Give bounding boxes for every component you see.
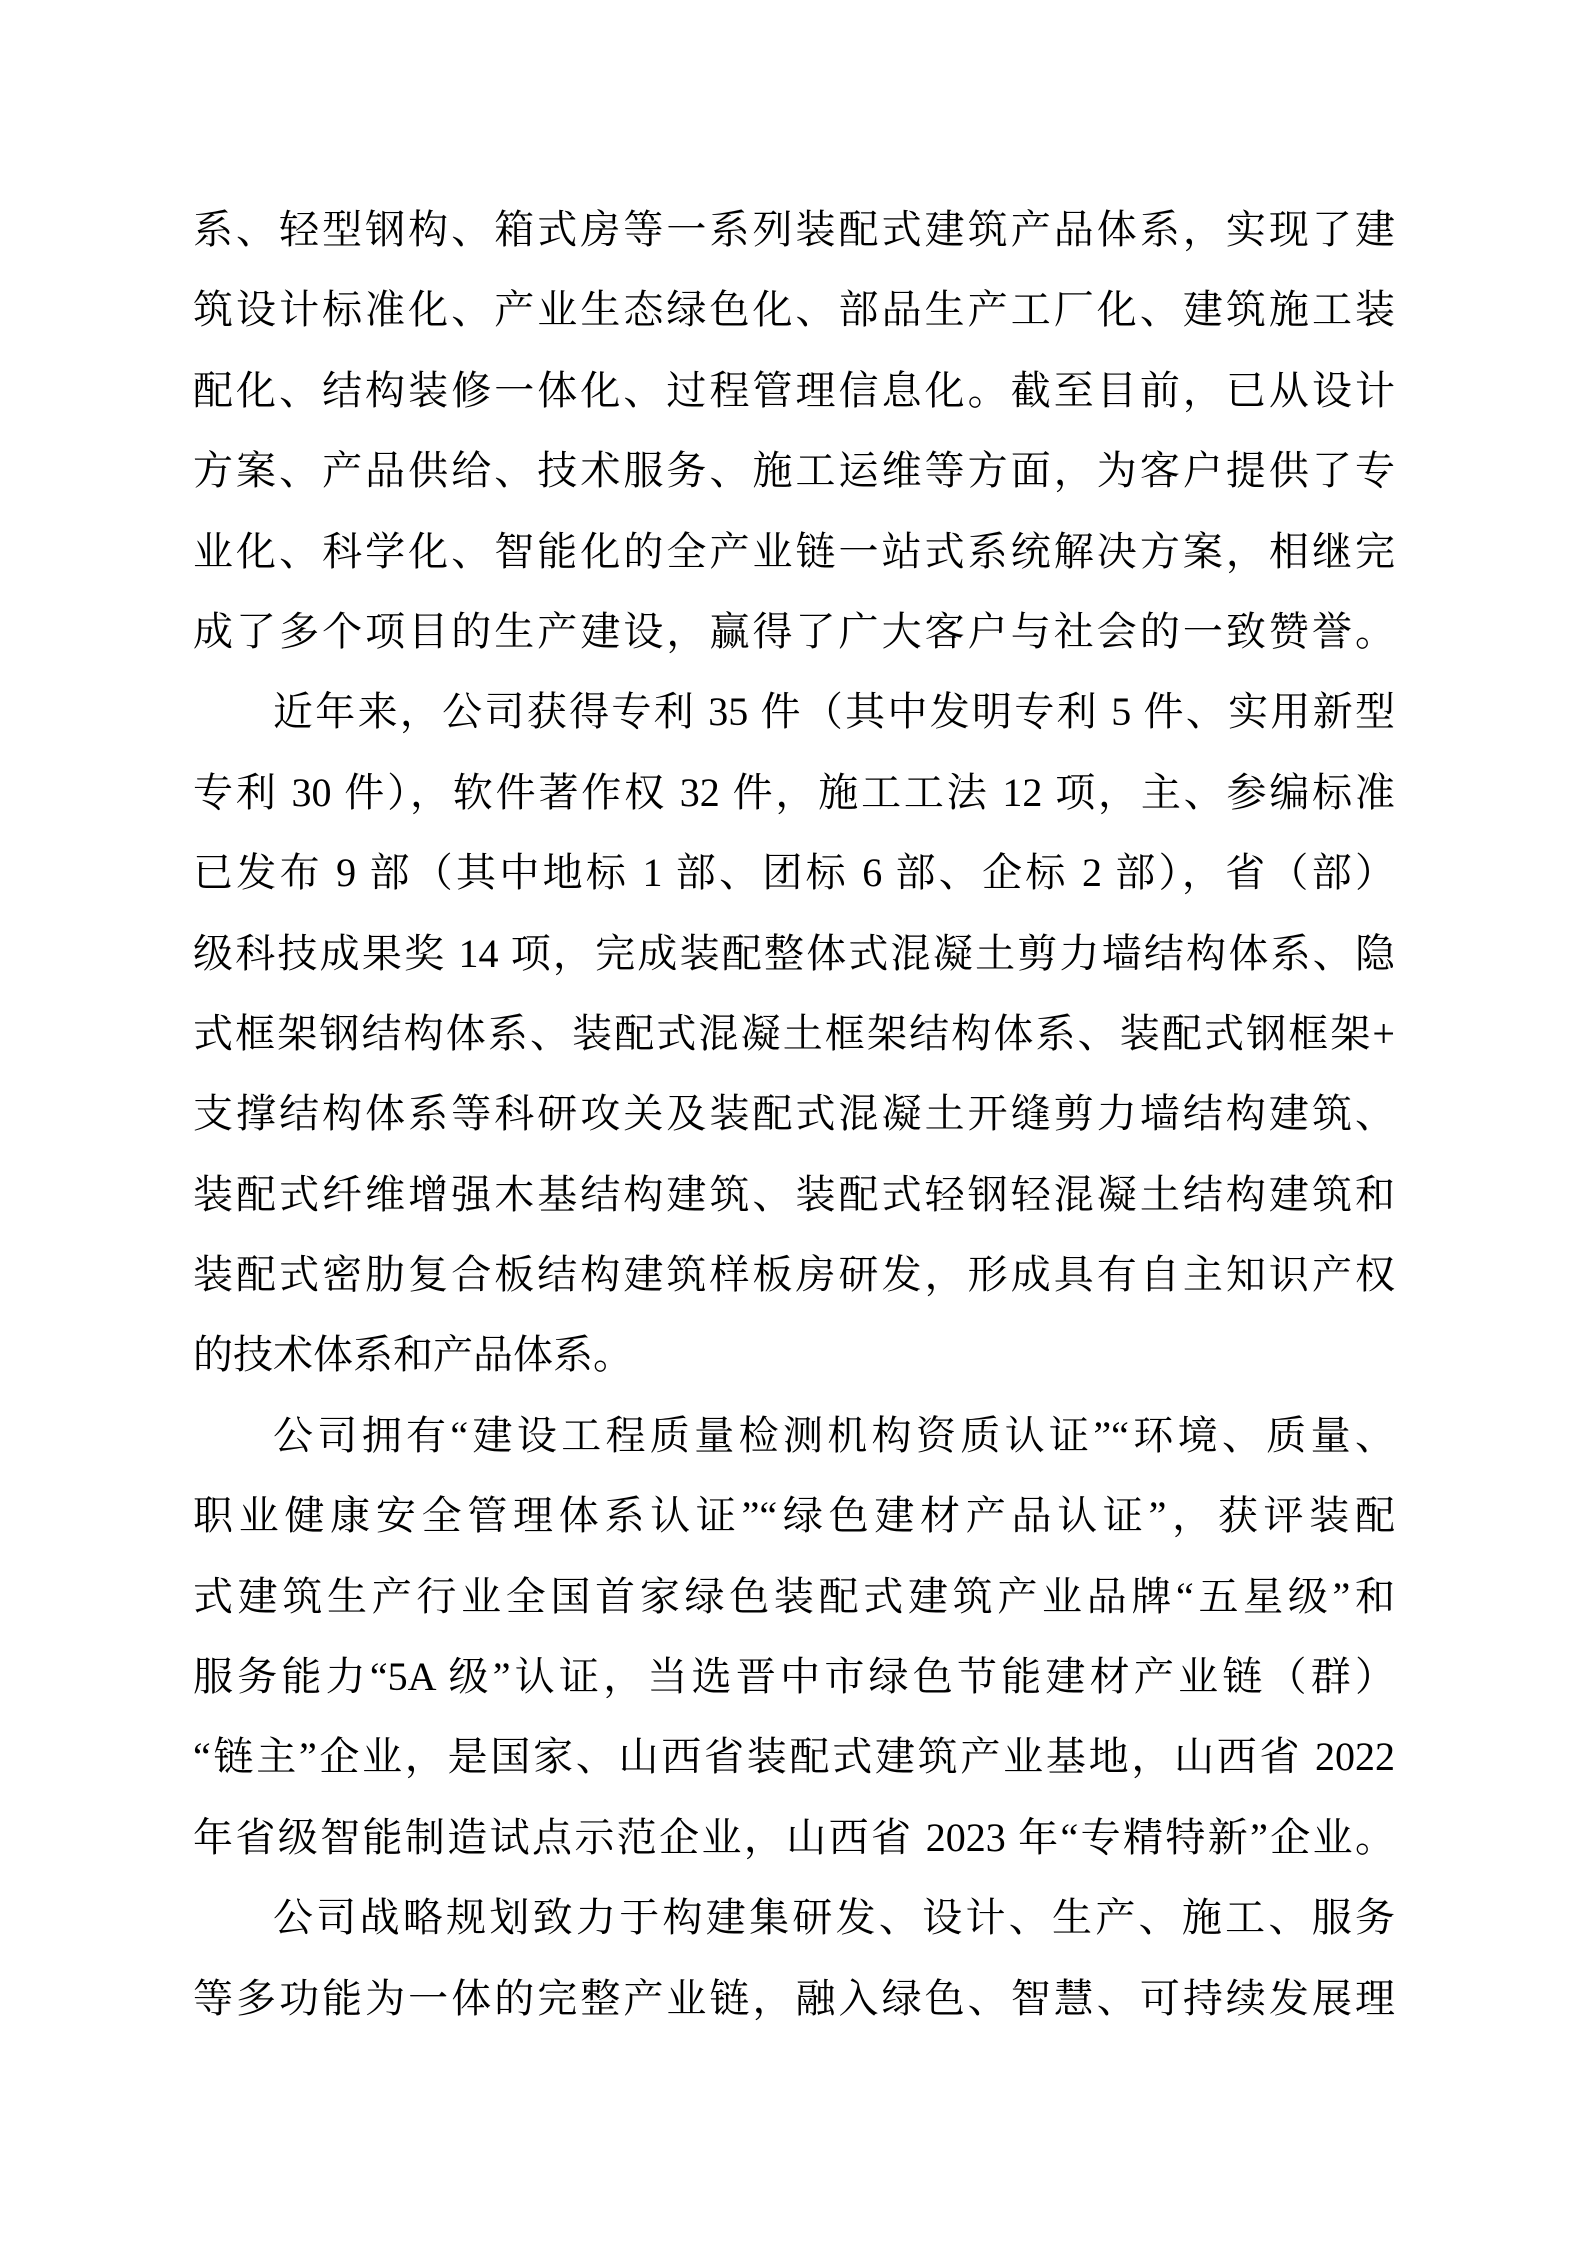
text-line-13: 装配式纤维增强木基结构建筑、装配式轻钢轻混凝土结构建筑和	[193, 1155, 1395, 1235]
text-line-19: 服务能力“5A 级”认证，当选晋中市绿色节能建材产业链（群）	[193, 1637, 1395, 1717]
text-line-7: 近年来，公司获得专利 35 件（其中发明专利 5 件、实用新型	[193, 672, 1395, 752]
text-line-16: 公司拥有“建设工程质量检测机构资质认证”“环境、质量、	[193, 1396, 1395, 1476]
text-line-1: 系、轻型钢构、箱式房等一系列装配式建筑产品体系，实现了建	[193, 190, 1395, 270]
document-page: 系、轻型钢构、箱式房等一系列装配式建筑产品体系，实现了建 筑设计标准化、产业生态…	[0, 0, 1587, 2245]
text-line-9: 已发布 9 部（其中地标 1 部、团标 6 部、企标 2 部），省（部）	[193, 833, 1395, 913]
text-line-23: 等多功能为一体的完整产业链，融入绿色、智慧、可持续发展理	[193, 1959, 1395, 2039]
text-line-3: 配化、结构装修一体化、过程管理信息化。截至目前，已从设计	[193, 351, 1395, 431]
text-line-21: 年省级智能制造试点示范企业，山西省 2023 年“专精特新”企业。	[193, 1798, 1395, 1878]
text-line-14: 装配式密肋复合板结构建筑样板房研发，形成具有自主知识产权	[193, 1235, 1395, 1315]
body-text: 系、轻型钢构、箱式房等一系列装配式建筑产品体系，实现了建 筑设计标准化、产业生态…	[193, 190, 1395, 2039]
text-line-20: “链主”企业，是国家、山西省装配式建筑产业基地，山西省 2022	[193, 1717, 1395, 1797]
text-line-2: 筑设计标准化、产业生态绿色化、部品生产工厂化、建筑施工装	[193, 270, 1395, 350]
text-line-4: 方案、产品供给、技术服务、施工运维等方面，为客户提供了专	[193, 431, 1395, 511]
text-line-6: 成了多个项目的生产建设，赢得了广大客户与社会的一致赞誉。	[193, 592, 1395, 672]
text-line-15: 的技术体系和产品体系。	[193, 1315, 1395, 1395]
text-line-12: 支撑结构体系等科研攻关及装配式混凝土开缝剪力墙结构建筑、	[193, 1074, 1395, 1154]
text-line-11: 式框架钢结构体系、装配式混凝土框架结构体系、装配式钢框架+	[193, 994, 1395, 1074]
text-line-8: 专利 30 件），软件著作权 32 件，施工工法 12 项，主、参编标准	[193, 753, 1395, 833]
text-line-18: 式建筑生产行业全国首家绿色装配式建筑产业品牌“五星级”和	[193, 1557, 1395, 1637]
text-line-22: 公司战略规划致力于构建集研发、设计、生产、施工、服务	[193, 1878, 1395, 1958]
text-line-17: 职业健康安全管理体系认证”“绿色建材产品认证”，获评装配	[193, 1476, 1395, 1556]
text-line-10: 级科技成果奖 14 项，完成装配整体式混凝土剪力墙结构体系、隐	[193, 914, 1395, 994]
text-line-5: 业化、科学化、智能化的全产业链一站式系统解决方案，相继完	[193, 512, 1395, 592]
